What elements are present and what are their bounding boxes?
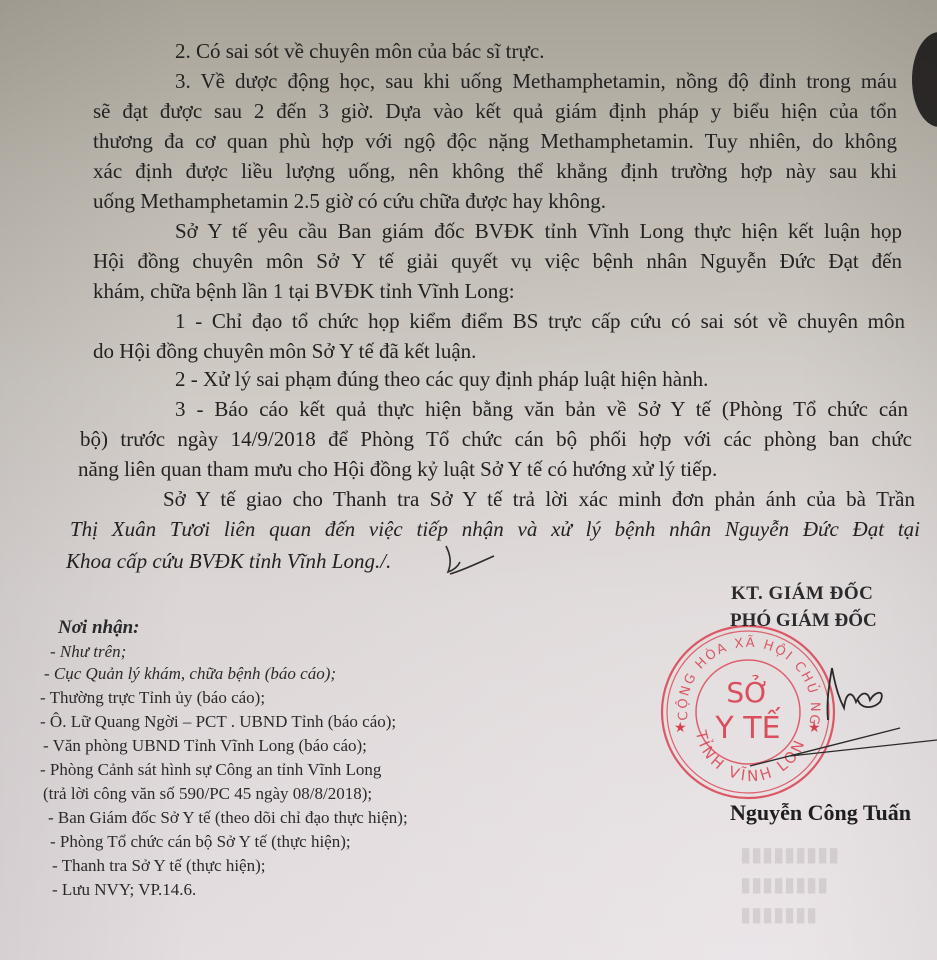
recipient-item: (trả lời công văn số 590/PC 45 ngày 08/8… — [43, 783, 372, 804]
recipient-item: - Lưu NVY; VP.14.6. — [52, 879, 196, 900]
recipient-item: - Thường trực Tỉnh ủy (báo cáo); — [40, 687, 265, 708]
body-line: 3 - Báo cáo kết quả thực hiện bằng văn b… — [175, 396, 908, 422]
initial-mark-icon — [440, 540, 500, 580]
body-line: do Hội đồng chuyên môn Sở Y tế đã kết lu… — [93, 338, 476, 364]
edge-shadow — [912, 32, 937, 127]
body-line: sẽ đạt được sau 2 đến 3 giờ. Dựa vào kết… — [93, 98, 897, 124]
recipient-item: - Phòng Tổ chức cán bộ Sở Y tế (thực hiệ… — [50, 831, 351, 852]
bleed-through-text: ▮▮▮▮▮▮▮ — [740, 902, 817, 927]
recipient-item: - Phòng Cảnh sát hình sự Công an tỉnh Vĩ… — [40, 759, 381, 780]
body-line: xác định được liều lượng uống, nên không… — [93, 158, 897, 184]
recipients-title: Nơi nhận: — [58, 617, 139, 639]
recipient-item: - Ban Giám đốc Sở Y tế (theo dõi chỉ đạo… — [48, 807, 408, 828]
body-line: 2 - Xử lý sai phạm đúng theo các quy địn… — [175, 366, 708, 392]
body-line: năng liên quan tham mưu cho Hội đồng kỷ … — [78, 456, 717, 482]
body-line: Sở Y tế giao cho Thanh tra Sở Y tế trả l… — [163, 486, 915, 512]
body-line: khám, chữa bệnh lần 1 tại BVĐK tỉnh Vĩnh… — [93, 278, 515, 304]
bleed-through-text: ▮▮▮▮▮▮▮▮ — [740, 872, 828, 897]
recipient-item: - Như trên; — [50, 641, 126, 662]
signer-name: Nguyễn Công Tuấn — [730, 800, 911, 826]
body-line: thương đa cơ quan phù hợp với ngộ độc nặ… — [93, 128, 897, 154]
recipient-item: - Ô. Lữ Quang Ngời – PCT . UBND Tỉnh (bá… — [40, 711, 396, 732]
body-line: Sở Y tế yêu cầu Ban giám đốc BVĐK tỉnh V… — [175, 218, 902, 244]
body-line: Khoa cấp cứu BVĐK tỉnh Vĩnh Long./. — [66, 548, 391, 574]
body-line: uống Methamphetamin 2.5 giờ có cứu chữa … — [93, 188, 606, 214]
body-line: Hội đồng chuyên môn Sở Y tế giải quyết v… — [93, 248, 902, 274]
body-line: 2. Có sai sót về chuyên môn của bác sĩ t… — [175, 38, 544, 64]
body-line: Thị Xuân Tươi liên quan đến việc tiếp nh… — [70, 516, 920, 542]
recipient-item: - Thanh tra Sở Y tế (thực hiện); — [52, 855, 266, 876]
bleed-through-text: ▮▮▮▮▮▮▮▮▮ — [740, 842, 839, 867]
recipient-item: - Văn phòng UBND Tỉnh Vĩnh Long (báo cáo… — [43, 735, 367, 756]
signature-icon — [600, 540, 937, 800]
body-line: 3. Về dược động học, sau khi uống Metham… — [175, 68, 897, 94]
body-line: bộ) trước ngày 14/9/2018 để Phòng Tổ chứ… — [80, 426, 912, 452]
recipient-item: - Cục Quản lý khám, chữa bệnh (báo cáo); — [44, 663, 336, 684]
body-line: 1 - Chỉ đạo tổ chức họp kiểm điểm BS trự… — [175, 308, 905, 334]
